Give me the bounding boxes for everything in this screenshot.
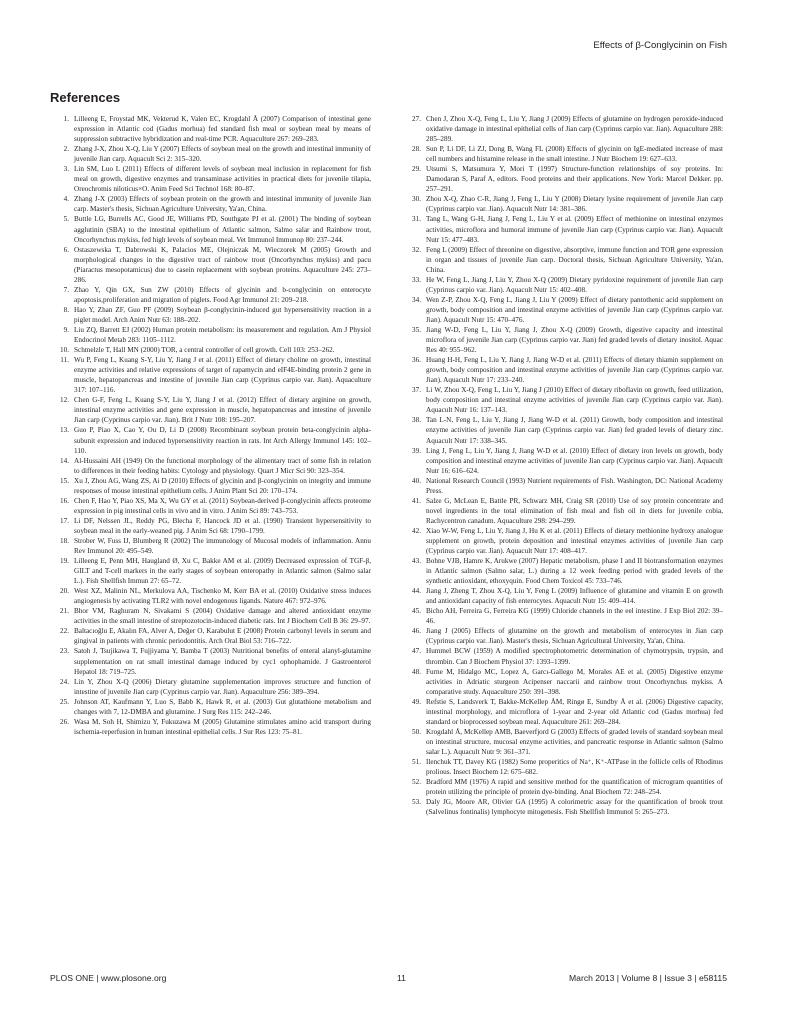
reference-number: 25.: [51, 697, 69, 707]
reference-number: 11.: [51, 355, 69, 365]
reference-text: Zhang J-X (2003) Effects of soybean prot…: [74, 195, 371, 213]
reference-number: 1.: [51, 114, 69, 124]
reference-text: Lilleeng E, Froystad MK, Vekterud K, Val…: [74, 115, 371, 143]
reference-item: 12.Chen G-F, Feng L, Kuang S-Y, Liu Y, J…: [51, 395, 371, 425]
reference-list: 27.Chen J, Zhou X-Q, Feng L, Liu Y, Jian…: [403, 114, 723, 817]
reference-text: Bicho AH, Ferreira G, Ferreira KG (1999)…: [426, 607, 723, 625]
reference-text: Lin Y, Zhou X-Q (2006) Dietary glutamine…: [74, 678, 371, 696]
reference-text: Ilenchuk TT, Davey KG (1982) Some proper…: [426, 758, 723, 776]
reference-text: Tan L-N, Feng L, Liu Y, Jiang J, Jiang W…: [426, 416, 723, 444]
reference-number: 44.: [403, 586, 421, 596]
reference-text: Wasa M, Soh H, Shimizu Y, Fukuzawa M (20…: [74, 718, 371, 736]
reference-number: 50.: [403, 727, 421, 737]
reference-item: 20.West XZ, Malinin NL, Merkulova AA, Ti…: [51, 586, 371, 606]
reference-text: Zhou X-Q, Zhao C-R, Jiang J, Feng L, Liu…: [426, 195, 723, 213]
reference-item: 7.Zhao Y, Qin GX, Sun ZW (2010) Effects …: [51, 285, 371, 305]
reference-item: 11.Wu P, Feng L, Kuang S-Y, Liu Y, Jiang…: [51, 355, 371, 395]
reference-number: 3.: [51, 164, 69, 174]
running-title: Effects of β-Conglycinin on Fish: [593, 40, 727, 51]
reference-text: Chen F, Hao Y, Piao XS, Ma X, Wu GY et a…: [74, 497, 371, 515]
references-heading: References: [50, 90, 120, 105]
reference-number: 38.: [403, 415, 421, 425]
reference-text: Lin SM, Luo L (2011) Effects of differen…: [74, 165, 371, 193]
reference-number: 19.: [51, 556, 69, 566]
references-column-left: 1.Lilleeng E, Froystad MK, Vekterud K, V…: [51, 114, 371, 737]
reference-item: 8.Hao Y, Zhan ZF, Guo PF (2009) Soybean …: [51, 305, 371, 325]
reference-number: 34.: [403, 295, 421, 305]
reference-number: 36.: [403, 355, 421, 365]
reference-text: Tang L, Wang G-H, Jiang J, Feng L, Liu Y…: [426, 215, 723, 243]
reference-item: 18.Strober W, Fuss IJ, Blumberg R (2002)…: [51, 536, 371, 556]
reference-item: 35.Jiang W-D, Feng L, Liu Y, Jiang J, Zh…: [403, 325, 723, 355]
reference-number: 6.: [51, 245, 69, 255]
reference-item: 19.Lilleeng E, Penn MH, Haugland Ø, Xu C…: [51, 556, 371, 586]
reference-number: 12.: [51, 395, 69, 405]
reference-item: 46.Jiang J (2005) Effects of glutamine o…: [403, 626, 723, 646]
reference-number: 42.: [403, 526, 421, 536]
reference-text: Buttle LG, Burrells AC, Good JE, William…: [74, 215, 371, 243]
reference-number: 53.: [403, 797, 421, 807]
reference-number: 16.: [51, 496, 69, 506]
reference-item: 21.Bhor VM, Raghuram N, Sivakami S (2004…: [51, 606, 371, 626]
reference-item: 1.Lilleeng E, Froystad MK, Vekterud K, V…: [51, 114, 371, 144]
reference-text: Huang H-H, Feng L, Liu Y, Jiang J, Jiang…: [426, 356, 723, 384]
page-number: 11: [397, 973, 406, 983]
reference-text: Utsumi S, Matsumura Y, Mori T (1997) Str…: [426, 165, 723, 193]
reference-text: Wu P, Feng L, Kuang S-Y, Liu Y, Jiang J …: [74, 356, 371, 394]
reference-item: 22.Baltacıoğlu E, Akalın FA, Alver A, De…: [51, 626, 371, 646]
reference-text: Jiang J, Zheng T, Zhou X-Q, Liu Y, Feng …: [426, 587, 723, 605]
reference-text: Johnson AT, Kaufmann Y, Luo S, Babb K, H…: [74, 698, 371, 716]
reference-number: 37.: [403, 385, 421, 395]
reference-item: 45.Bicho AH, Ferreira G, Ferreira KG (19…: [403, 606, 723, 626]
reference-text: Jiang J (2005) Effects of glutamine on t…: [426, 627, 723, 645]
reference-text: Furne M, Hidalgo MC, Lopez A, Garcı-Gall…: [426, 668, 723, 696]
reference-item: 15.Xu J, Zhou AG, Wang ZS, Ai D (2010) E…: [51, 476, 371, 496]
reference-item: 42.Xiao W-W, Feng L, Liu Y, Jiang J, Hu …: [403, 526, 723, 556]
reference-number: 45.: [403, 606, 421, 616]
reference-item: 38.Tan L-N, Feng L, Liu Y, Jiang J, Jian…: [403, 415, 723, 445]
reference-item: 26.Wasa M, Soh H, Shimizu Y, Fukuzawa M …: [51, 717, 371, 737]
reference-text: Chen J, Zhou X-Q, Feng L, Liu Y, Jiang J…: [426, 115, 723, 143]
reference-text: Bhor VM, Raghuram N, Sivakami S (2004) O…: [74, 607, 371, 625]
reference-text: Strober W, Fuss IJ, Blumberg R (2002) Th…: [74, 537, 371, 555]
reference-text: Xiao W-W, Feng L, Liu Y, Jiang J, Hu K e…: [426, 527, 723, 555]
reference-number: 5.: [51, 214, 69, 224]
reference-item: 41.Salze G, McLean E, Battle PR, Schwarz…: [403, 496, 723, 526]
reference-number: 28.: [403, 144, 421, 154]
reference-number: 31.: [403, 214, 421, 224]
reference-item: 27.Chen J, Zhou X-Q, Feng L, Liu Y, Jian…: [403, 114, 723, 144]
reference-item: 53.Daly JG, Moore AR, Olivier GA (1995) …: [403, 797, 723, 817]
reference-text: Zhao Y, Qin GX, Sun ZW (2010) Effects of…: [74, 286, 371, 304]
reference-item: 14.Al-Hussaini AH (1949) On the function…: [51, 456, 371, 476]
reference-number: 22.: [51, 626, 69, 636]
reference-number: 43.: [403, 556, 421, 566]
reference-item: 50.Krogdahl Å, McKellep AMB, Baeverfjord…: [403, 727, 723, 757]
reference-number: 20.: [51, 586, 69, 596]
issue-info: March 2013 | Volume 8 | Issue 3 | e58115: [569, 973, 727, 983]
reference-number: 23.: [51, 646, 69, 656]
reference-number: 39.: [403, 446, 421, 456]
reference-item: 39.Ling J, Feng L, Liu Y, Jiang J, Jiang…: [403, 446, 723, 476]
reference-text: He W, Feng L, Jiang J, Liu Y, Zhou X-Q (…: [426, 276, 723, 294]
reference-text: West XZ, Malinin NL, Merkulova AA, Tisch…: [74, 587, 371, 605]
reference-item: 52.Bradford MM (1976) A rapid and sensit…: [403, 777, 723, 797]
reference-text: Liu ZQ, Barrett EJ (2002) Human protein …: [74, 326, 371, 344]
reference-text: Li DF, Nelssen JL, Reddy PG, Blecha F, H…: [74, 517, 371, 535]
reference-list: 1.Lilleeng E, Froystad MK, Vekterud K, V…: [51, 114, 371, 737]
reference-text: Bradford MM (1976) A rapid and sensitive…: [426, 778, 723, 796]
reference-item: 31.Tang L, Wang G-H, Jiang J, Feng L, Li…: [403, 214, 723, 244]
reference-number: 21.: [51, 606, 69, 616]
reference-number: 46.: [403, 626, 421, 636]
reference-item: 17.Li DF, Nelssen JL, Reddy PG, Blecha F…: [51, 516, 371, 536]
reference-item: 40.National Research Council (1993) Nutr…: [403, 476, 723, 496]
reference-item: 16.Chen F, Hao Y, Piao XS, Ma X, Wu GY e…: [51, 496, 371, 516]
reference-item: 5.Buttle LG, Burrells AC, Good JE, Willi…: [51, 214, 371, 244]
reference-number: 40.: [403, 476, 421, 486]
reference-number: 52.: [403, 777, 421, 787]
reference-text: Schmelzle T, Hall MN (2000) TOR, a centr…: [74, 346, 335, 354]
reference-text: Salze G, McLean E, Battle PR, Schwarz MH…: [426, 497, 723, 525]
reference-item: 23.Satoh J, Tsujikawa T, Fujjiyama Y, Ba…: [51, 646, 371, 676]
reference-number: 26.: [51, 717, 69, 727]
reference-text: Zhang J-X, Zhou X-Q, Liu Y (2007) Effect…: [74, 145, 371, 163]
reference-text: Li W, Zhou X-Q, Feng L, Liu Y, Jiang J (…: [426, 386, 723, 414]
reference-text: Chen G-F, Feng L, Kuang S-Y, Liu Y, Jian…: [74, 396, 371, 424]
reference-number: 48.: [403, 667, 421, 677]
reference-number: 10.: [51, 345, 69, 355]
reference-text: Bohne VJB, Hamre K, Arukwe (2007) Hepati…: [426, 557, 723, 585]
reference-number: 27.: [403, 114, 421, 124]
reference-item: 44.Jiang J, Zheng T, Zhou X-Q, Liu Y, Fe…: [403, 586, 723, 606]
reference-number: 13.: [51, 425, 69, 435]
reference-text: Hao Y, Zhan ZF, Guo PF (2009) Soybean β-…: [74, 306, 371, 324]
reference-number: 17.: [51, 516, 69, 526]
reference-text: Baltacıoğlu E, Akalın FA, Alver A, Değer…: [74, 627, 371, 645]
reference-number: 14.: [51, 456, 69, 466]
reference-number: 30.: [403, 194, 421, 204]
references-column-right: 27.Chen J, Zhou X-Q, Feng L, Liu Y, Jian…: [403, 114, 723, 817]
reference-item: 33.He W, Feng L, Jiang J, Liu Y, Zhou X-…: [403, 275, 723, 295]
reference-text: Satoh J, Tsujikawa T, Fujjiyama Y, Bamba…: [74, 647, 371, 675]
reference-item: 48.Furne M, Hidalgo MC, Lopez A, Garcı-G…: [403, 667, 723, 697]
reference-item: 47.Hummel BCW (1959) A modified spectrop…: [403, 646, 723, 666]
reference-text: Refstie S, Landsverk T, Bakke-McKellep Å…: [426, 698, 723, 726]
reference-item: 29.Utsumi S, Matsumura Y, Mori T (1997) …: [403, 164, 723, 194]
reference-number: 24.: [51, 677, 69, 687]
reference-text: Daly JG, Moore AR, Olivier GA (1995) A c…: [426, 798, 723, 816]
reference-text: Xu J, Zhou AG, Wang ZS, Ai D (2010) Effe…: [74, 477, 371, 495]
reference-number: 35.: [403, 325, 421, 335]
reference-item: 51.Ilenchuk TT, Davey KG (1982) Some pro…: [403, 757, 723, 777]
reference-item: 30.Zhou X-Q, Zhao C-R, Jiang J, Feng L, …: [403, 194, 723, 214]
reference-item: 9.Liu ZQ, Barrett EJ (2002) Human protei…: [51, 325, 371, 345]
reference-number: 33.: [403, 275, 421, 285]
reference-item: 32.Feng L (2009) Effect of threonine on …: [403, 245, 723, 275]
reference-text: Wen Z-P, Zhou X-Q, Feng L, Jiang J, Liu …: [426, 296, 723, 324]
journal-website: PLOS ONE | www.plosone.org: [50, 973, 166, 983]
reference-number: 2.: [51, 144, 69, 154]
reference-number: 41.: [403, 496, 421, 506]
reference-number: 15.: [51, 476, 69, 486]
reference-item: 6.Ostaszewska T, Dabrowski K, Palacios M…: [51, 245, 371, 285]
reference-text: Sun P, Li DF, Li ZJ, Dong B, Wang FL (20…: [426, 145, 723, 163]
reference-text: Hummel BCW (1959) A modified spectrophot…: [426, 647, 723, 665]
reference-item: 28.Sun P, Li DF, Li ZJ, Dong B, Wang FL …: [403, 144, 723, 164]
reference-text: Guo P, Piao X, Cao Y, Ou D, Li D (2008) …: [74, 426, 371, 454]
reference-number: 47.: [403, 646, 421, 656]
reference-number: 7.: [51, 285, 69, 295]
reference-number: 29.: [403, 164, 421, 174]
reference-number: 32.: [403, 245, 421, 255]
reference-number: 51.: [403, 757, 421, 767]
reference-item: 24.Lin Y, Zhou X-Q (2006) Dietary glutam…: [51, 677, 371, 697]
reference-item: 37.Li W, Zhou X-Q, Feng L, Liu Y, Jiang …: [403, 385, 723, 415]
reference-text: Ling J, Feng L, Liu Y, Jiang J, Jiang W-…: [426, 447, 723, 475]
reference-text: Al-Hussaini AH (1949) On the functional …: [74, 457, 371, 475]
reference-item: 25.Johnson AT, Kaufmann Y, Luo S, Babb K…: [51, 697, 371, 717]
reference-text: Feng L (2009) Effect of threonine on dig…: [426, 246, 723, 274]
reference-number: 8.: [51, 305, 69, 315]
reference-item: 2.Zhang J-X, Zhou X-Q, Liu Y (2007) Effe…: [51, 144, 371, 164]
reference-number: 18.: [51, 536, 69, 546]
reference-number: 4.: [51, 194, 69, 204]
reference-item: 13.Guo P, Piao X, Cao Y, Ou D, Li D (200…: [51, 425, 371, 455]
reference-item: 4.Zhang J-X (2003) Effects of soybean pr…: [51, 194, 371, 214]
reference-number: 9.: [51, 325, 69, 335]
reference-item: 34.Wen Z-P, Zhou X-Q, Feng L, Jiang J, L…: [403, 295, 723, 325]
reference-item: 49.Refstie S, Landsverk T, Bakke-McKelle…: [403, 697, 723, 727]
reference-item: 36.Huang H-H, Feng L, Liu Y, Jiang J, Ji…: [403, 355, 723, 385]
reference-text: National Research Council (1993) Nutrien…: [426, 477, 723, 495]
reference-number: 49.: [403, 697, 421, 707]
reference-item: 3.Lin SM, Luo L (2011) Effects of differ…: [51, 164, 371, 194]
reference-item: 10.Schmelzle T, Hall MN (2000) TOR, a ce…: [51, 345, 371, 355]
reference-text: Jiang W-D, Feng L, Liu Y, Jiang J, Zhou …: [426, 326, 723, 354]
reference-text: Ostaszewska T, Dabrowski K, Palacios ME,…: [74, 246, 371, 284]
reference-text: Lilleeng E, Penn MH, Haugland Ø, Xu C, B…: [74, 557, 371, 585]
reference-item: 43.Bohne VJB, Hamre K, Arukwe (2007) Hep…: [403, 556, 723, 586]
reference-text: Krogdahl Å, McKellep AMB, Baeverfjord G …: [426, 728, 723, 756]
